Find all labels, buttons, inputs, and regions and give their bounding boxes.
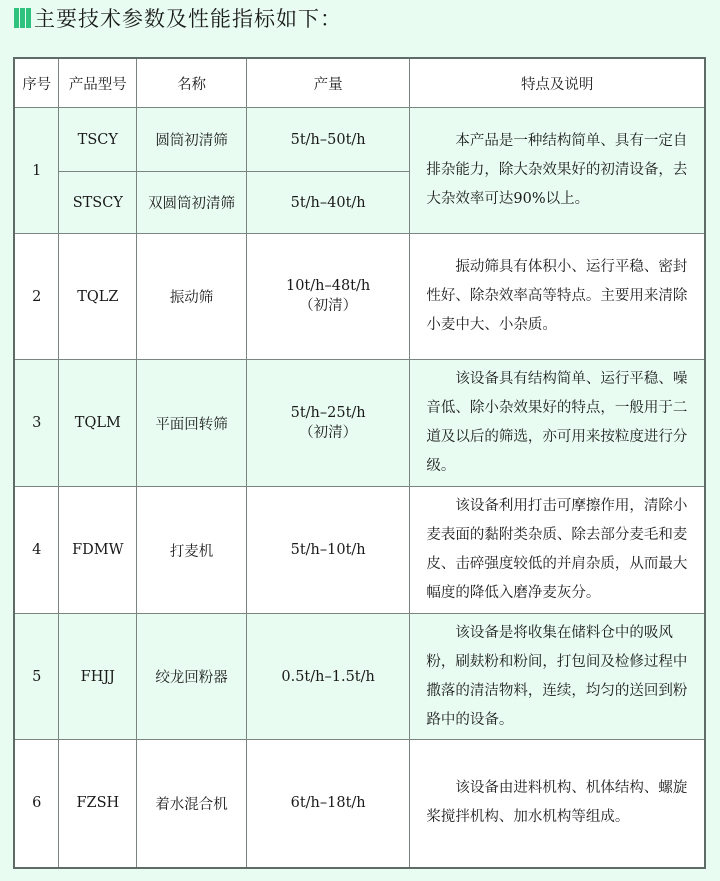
cell-capacity: 5t/h–40t/h [246, 172, 410, 234]
page-title: 主要技术参数及性能指标如下： [14, 4, 342, 32]
cell-description: 该设备是将收集在储料仓中的吸风粉，刷麸粉和粉间，打包间及检修过程中撒落的清洁物料… [410, 614, 705, 740]
table-row: 3 TQLM 平面回转筛 5t/h–25t/h （初清） 该设备具有结构简单、运… [14, 360, 705, 487]
cell-description: 本产品是一种结构简单、具有一定自排杂能力，除大杂效果好的初清设备，去大杂效率可达… [410, 108, 705, 234]
cell-no: 5 [14, 614, 59, 740]
cell-model: FHJJ [59, 614, 137, 740]
cell-model: TSCY [59, 108, 137, 172]
table-header-row: 序号 产品型号 名称 产量 特点及说明 [14, 58, 705, 108]
cell-no: 4 [14, 487, 59, 614]
header-model: 产品型号 [59, 58, 137, 108]
cell-description: 该设备利用打击可摩擦作用，清除小麦表面的黏附类杂质、除去部分麦毛和麦皮、击碎强度… [410, 487, 705, 614]
cell-model: STSCY [59, 172, 137, 234]
cell-description: 振动筛具有体积小、运行平稳、密封性好、除杂效率高等特点。主要用来清除小麦中大、小… [410, 234, 705, 360]
cell-model: FDMW [59, 487, 137, 614]
cell-name: 绞龙回粉器 [137, 614, 247, 740]
table-row: 5 FHJJ 绞龙回粉器 0.5t/h–1.5t/h 该设备是将收集在储料仓中的… [14, 614, 705, 740]
table-row: 4 FDMW 打麦机 5t/h–10t/h 该设备利用打击可摩擦作用，清除小麦表… [14, 487, 705, 614]
cell-capacity: 10t/h–48t/h （初清） [246, 234, 410, 360]
cell-capacity: 5t/h–10t/h [246, 487, 410, 614]
spec-table: 序号 产品型号 名称 产量 特点及说明 1 TSCY 圆筒初清筛 5t/h–50… [13, 57, 706, 869]
cell-description: 该设备由进料机构、机体结构、螺旋桨搅拌机构、加水机构等组成。 [410, 740, 705, 868]
page-title-text: 主要技术参数及性能指标如下： [34, 3, 342, 33]
triple-bar-icon [14, 8, 31, 28]
cell-model: TQLZ [59, 234, 137, 360]
cell-capacity: 5t/h–50t/h [246, 108, 410, 172]
cell-name: 振动筛 [137, 234, 247, 360]
cell-capacity: 5t/h–25t/h （初清） [246, 360, 410, 487]
header-name: 名称 [137, 58, 247, 108]
table-row: 1 TSCY 圆筒初清筛 5t/h–50t/h 本产品是一种结构简单、具有一定自… [14, 108, 705, 172]
cell-no: 6 [14, 740, 59, 868]
cell-no: 1 [14, 108, 59, 234]
capacity-note: （初清） [247, 421, 410, 442]
cell-name: 圆筒初清筛 [137, 108, 247, 172]
header-description: 特点及说明 [410, 58, 705, 108]
cell-model: FZSH [59, 740, 137, 868]
cell-model: TQLM [59, 360, 137, 487]
cell-no: 3 [14, 360, 59, 487]
capacity-value: 10t/h–48t/h [247, 278, 410, 294]
cell-name: 着水混合机 [137, 740, 247, 868]
cell-capacity: 0.5t/h–1.5t/h [246, 614, 410, 740]
cell-capacity: 6t/h–18t/h [246, 740, 410, 868]
capacity-note: （初清） [247, 294, 410, 315]
table-row: 2 TQLZ 振动筛 10t/h–48t/h （初清） 振动筛具有体积小、运行平… [14, 234, 705, 360]
cell-name: 双圆筒初清筛 [137, 172, 247, 234]
capacity-value: 5t/h–25t/h [247, 405, 410, 421]
cell-name: 平面回转筛 [137, 360, 247, 487]
header-no: 序号 [14, 58, 59, 108]
cell-description: 该设备具有结构简单、运行平稳、噪音低、除小杂效果好的特点，一般用于二道及以后的筛… [410, 360, 705, 487]
header-capacity: 产量 [246, 58, 410, 108]
cell-name: 打麦机 [137, 487, 247, 614]
cell-no: 2 [14, 234, 59, 360]
table-row: 6 FZSH 着水混合机 6t/h–18t/h 该设备由进料机构、机体结构、螺旋… [14, 740, 705, 868]
